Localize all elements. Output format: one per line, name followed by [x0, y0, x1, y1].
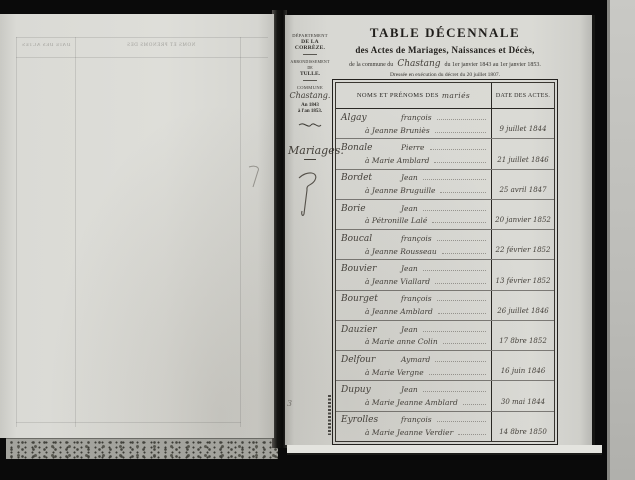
dotted-leader: [430, 148, 487, 150]
date-cell: 16 juin 1846: [491, 351, 554, 380]
page-bottom-edge: [287, 445, 602, 455]
arrondissement-value: TULLE.: [288, 71, 332, 77]
dotted-leader: [423, 209, 486, 211]
dotted-leader: [437, 239, 486, 241]
names-cell: BordetJean à Jeanne Bruguille: [336, 170, 491, 199]
groom-surname: Borie: [341, 204, 401, 214]
arrondissement-de: DE: [288, 65, 332, 70]
date-cell: 17 8bre 1852: [491, 321, 554, 350]
bride-name: à Marie Vergne: [365, 368, 424, 377]
table-row: BouvierJean à Jeanne Viallard 13 février…: [336, 259, 554, 289]
groom-surname: Dauzier: [341, 325, 401, 335]
dotted-leader: [437, 420, 486, 422]
bride-name: à Pétronille Lalé: [365, 216, 427, 225]
bride-name: à Jeanne Viallard: [365, 277, 430, 286]
groom-given-name: Jean: [401, 204, 418, 213]
act-date: 25 avril 1847: [499, 186, 546, 194]
table-title: TABLE DÉCENNALE: [331, 25, 559, 41]
table-row: BordetJean à Jeanne Bruguille 25 avril 1…: [336, 169, 554, 199]
register-table: NOMS ET PRÉNOMS DES mariés DATE DES ACTE…: [332, 79, 558, 445]
bride-name: à Jeanne Bruniès: [365, 126, 430, 135]
dotted-leader: [423, 390, 486, 392]
bleed-table-left-rule: [16, 37, 17, 427]
register-table-inner-border: NOMS ET PRÉNOMS DES mariés DATE DES ACTE…: [335, 82, 555, 442]
names-cell: Bourgetfrançois à Jeanne Amblard: [336, 291, 491, 320]
groom-given-name: Jean: [401, 173, 418, 182]
table-row: DupuyJean à Marie Jeanne Amblard 30 mai …: [336, 380, 554, 410]
names-cell: DelfourAymard à Marie Vergne: [336, 351, 491, 380]
dotted-leader: [437, 299, 486, 301]
bride-name: à Marie Jeanne Amblard: [365, 398, 458, 407]
commune-line-prefix: de la commune du: [349, 62, 393, 68]
margin-column: DÉPARTEMENT DE LA CORRÈZE. ARRONDISSEMEN…: [288, 33, 332, 225]
margin-divider: [303, 54, 317, 55]
dotted-leader: [432, 221, 486, 223]
names-cell: Eyrollesfrançois à Marie Jeanne Verdier: [336, 412, 491, 441]
bleed-table-header-rule: [16, 57, 268, 58]
bride-name: à Marie Amblard: [365, 156, 429, 165]
groom-surname: Bouvier: [341, 264, 401, 274]
margin-divider: [303, 80, 317, 81]
table-row: DauzierJean à Marie anne Colin 17 8bre 1…: [336, 320, 554, 350]
names-cell: DauzierJean à Marie anne Colin: [336, 321, 491, 350]
scanner-background-strip: [607, 0, 635, 480]
groom-given-name: Jean: [401, 385, 418, 394]
commune-line-suffix: du 1er janvier 1843 au 1er janvier 1853.: [445, 62, 541, 68]
act-date: 26 juillet 1846: [497, 307, 549, 315]
act-date: 13 février 1852: [496, 277, 551, 285]
date-cell: 21 juillet 1846: [491, 139, 554, 168]
groom-given-name: Jean: [401, 325, 418, 334]
table-row: BorieJean à Pétronille Lalé 20 janvier 1…: [336, 199, 554, 229]
commune-line: de la commune du Chastang du 1er janvier…: [331, 59, 559, 69]
table-subtitle: des Actes de Mariages, Naissances et Déc…: [331, 45, 559, 55]
date-cell: 9 juillet 1844: [491, 109, 554, 138]
bleed-names-header-text: NOMS ET PRÉNOMS DES: [86, 43, 236, 48]
act-date: 22 février 1852: [496, 246, 551, 254]
groom-surname: Delfour: [341, 355, 401, 365]
dotted-leader: [443, 342, 486, 344]
departement-value: DE LA CORRÈZE.: [288, 39, 332, 51]
dotted-leader: [437, 118, 486, 120]
date-cell: 25 avril 1847: [491, 170, 554, 199]
groom-given-name: françois: [401, 113, 432, 122]
groom-surname: Dupuy: [341, 385, 401, 395]
dotted-leader: [423, 178, 486, 180]
year-from: An 1843: [288, 103, 332, 108]
dotted-leader: [435, 360, 486, 362]
date-cell: 26 juillet 1846: [491, 291, 554, 320]
arrondissement-label: ARRONDISSEMENT: [288, 59, 332, 64]
bride-name: à Jeanne Rousseau: [365, 247, 437, 256]
paraph-mark: [288, 168, 332, 225]
table-row: Bourgetfrançois à Jeanne Amblard 26 juil…: [336, 290, 554, 320]
names-column-header: NOMS ET PRÉNOMS DES mariés: [336, 83, 491, 108]
groom-given-name: françois: [401, 415, 432, 424]
dotted-leader: [423, 330, 486, 332]
names-cell: DupuyJean à Marie Jeanne Amblard: [336, 381, 491, 410]
dotted-leader: [442, 252, 486, 254]
groom-given-name: Pierre: [401, 143, 425, 152]
dotted-leader: [429, 373, 486, 375]
groom-surname: Algay: [341, 113, 401, 123]
act-date: 30 mai 1844: [501, 398, 545, 406]
dotted-leader: [435, 131, 486, 133]
names-cell: Boucalfrançois à Jeanne Rousseau: [336, 230, 491, 259]
groom-given-name: françois: [401, 294, 432, 303]
bride-name: à Marie anne Colin: [365, 337, 438, 346]
table-row: Eyrollesfrançois à Marie Jeanne Verdier …: [336, 411, 554, 441]
date-cell: 14 8bre 1850: [491, 412, 554, 441]
book-page-edges: [6, 438, 278, 459]
groom-surname: Eyrolles: [341, 415, 401, 425]
category-underline: [304, 159, 316, 160]
dotted-leader: [434, 161, 486, 163]
act-date: 16 juin 1846: [501, 367, 546, 375]
groom-surname: Bourget: [341, 294, 401, 304]
act-date: 9 juillet 1844: [499, 125, 546, 133]
page-tally-mark: 3: [287, 399, 292, 408]
names-cell: Algayfrançois à Jeanne Bruniès: [336, 109, 491, 138]
dotted-leader: [458, 433, 486, 435]
act-date: 21 juillet 1846: [497, 156, 549, 164]
names-cell: BorieJean à Pétronille Lalé: [336, 200, 491, 229]
groom-surname: Bonale: [341, 143, 401, 153]
year-to: à l'an 1853.: [288, 109, 332, 114]
act-date: 14 8bre 1850: [499, 428, 547, 436]
departement-label: DÉPARTEMENT: [288, 33, 332, 38]
dotted-leader: [423, 269, 486, 271]
ornament-flourish: [288, 116, 332, 134]
dotted-leader: [463, 403, 486, 405]
act-date: 20 janvier 1852: [495, 216, 551, 224]
bleed-table-bottom-rule: [16, 422, 241, 423]
names-header-printed: NOMS ET PRÉNOMS DES: [357, 92, 439, 99]
table-row: DelfourAymard à Marie Vergne 16 juin 184…: [336, 350, 554, 380]
bleed-table-column-rule: [75, 37, 76, 427]
dotted-leader: [440, 191, 486, 193]
table-row: Boucalfrançois à Jeanne Rousseau 22 févr…: [336, 229, 554, 259]
commune-handwritten: Chastang.: [288, 91, 332, 100]
left-page: DATE DES ACTES NOMS ET PRÉNOMS DES: [0, 14, 274, 438]
groom-surname: Boucal: [341, 234, 401, 244]
dotted-leader: [438, 312, 486, 314]
pencil-mark: [246, 164, 264, 190]
groom-given-name: Jean: [401, 264, 418, 273]
bleed-date-header-text: DATE DES ACTES: [18, 43, 74, 48]
printer-imprint: [328, 395, 331, 435]
act-date: 17 8bre 1852: [499, 337, 547, 345]
names-cell: BouvierJean à Jeanne Viallard: [336, 260, 491, 289]
date-cell: 22 février 1852: [491, 230, 554, 259]
commune-label: COMMUNE: [288, 85, 332, 90]
table-row: Algayfrançois à Jeanne Bruniès 9 juillet…: [336, 109, 554, 138]
groom-given-name: françois: [401, 234, 432, 243]
bride-name: à Jeanne Amblard: [365, 307, 433, 316]
decree-line: Dressée en exécution du décret du 20 jui…: [331, 72, 559, 78]
date-cell: 13 février 1852: [491, 260, 554, 289]
right-page: DÉPARTEMENT DE LA CORRÈZE. ARRONDISSEMEN…: [285, 15, 595, 445]
bride-name: à Jeanne Bruguille: [365, 186, 435, 195]
table-body: Algayfrançois à Jeanne Bruniès 9 juillet…: [336, 109, 554, 441]
date-cell: 20 janvier 1852: [491, 200, 554, 229]
bleed-table-top-rule: [16, 37, 268, 38]
table-header-row: NOMS ET PRÉNOMS DES mariés DATE DES ACTE…: [336, 83, 554, 109]
names-header-handwritten: mariés: [442, 91, 470, 100]
names-cell: BonalePierre à Marie Amblard: [336, 139, 491, 168]
table-row: BonalePierre à Marie Amblard 21 juillet …: [336, 138, 554, 168]
commune-name-handwritten: Chastang: [397, 59, 440, 69]
dotted-leader: [435, 282, 486, 284]
date-column-header: DATE DES ACTES.: [491, 83, 554, 108]
groom-surname: Bordet: [341, 173, 401, 183]
bride-name: à Marie Jeanne Verdier: [365, 428, 453, 437]
date-cell: 30 mai 1844: [491, 381, 554, 410]
category-handwritten: Mariages.: [288, 144, 332, 157]
page-heading: TABLE DÉCENNALE des Actes de Mariages, N…: [331, 25, 559, 78]
bleed-table-right-rule: [240, 37, 241, 427]
groom-given-name: Aymard: [401, 355, 430, 364]
